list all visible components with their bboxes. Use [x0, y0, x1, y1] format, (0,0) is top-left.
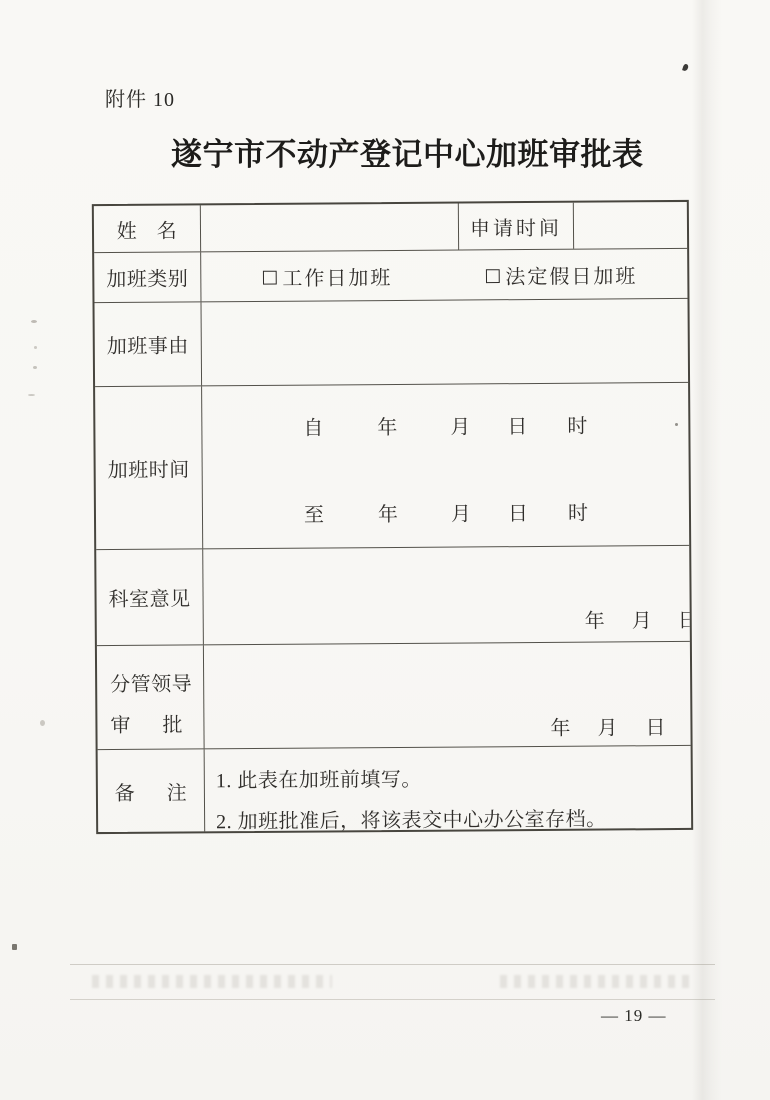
time-from-prefix: 自	[303, 411, 327, 440]
apply-time-label: 申请时间	[458, 203, 573, 250]
scan-speck	[31, 320, 37, 323]
table-row-name: 姓 名 申请时间	[94, 202, 687, 252]
category-options-cell: □ 工作日加班 □ 法定假日加班	[200, 249, 687, 301]
remarks-note-2: 2. 加班批准后，将该表交中心办公室存档。	[216, 803, 607, 832]
time-to-day: 日	[508, 497, 532, 526]
reason-label: 加班事由	[94, 302, 201, 386]
ink-speck	[682, 63, 689, 71]
scan-speck	[40, 720, 45, 726]
scan-speck	[33, 366, 37, 369]
table-row-time: 加班时间 自 年 月 日 时 至 年 月 日 时	[95, 382, 689, 549]
bleed-through-band	[70, 964, 715, 1000]
time-to-hour: 时	[568, 497, 592, 526]
table-row-remarks: 备 注 1. 此表在加班前填写。 2. 加班批准后，将该表交中心办公室存档。	[98, 745, 692, 832]
document-title: 遂宁市不动产登记中心加班审批表	[171, 129, 644, 174]
time-from-month: 月	[450, 410, 474, 439]
leader-date-month: 月	[597, 711, 621, 740]
checkbox-icon: □	[261, 266, 280, 287]
dept-date-month: 月	[632, 604, 656, 633]
time-from-year: 年	[377, 411, 401, 440]
remarks-value-cell: 1. 此表在加班前填写。 2. 加班批准后，将该表交中心办公室存档。	[204, 746, 692, 831]
dept-date-year: 年	[585, 604, 609, 633]
apply-time-value-cell	[573, 202, 687, 249]
remarks-label: 备 注	[98, 749, 205, 832]
table-row-category: 加班类别 □ 工作日加班 □ 法定假日加班	[94, 248, 687, 302]
name-value-cell	[200, 204, 458, 252]
time-label: 加班时间	[95, 386, 202, 549]
scan-speck	[12, 944, 17, 950]
checkbox-icon: □	[484, 264, 503, 285]
leader-date-day: 日	[645, 711, 669, 740]
scan-shadow-strip	[692, 0, 722, 1100]
table-row-leader-approval: 分管领导 审 批 年 月 日	[97, 641, 691, 749]
leader-date-year: 年	[550, 712, 574, 741]
remarks-note-1: 1. 此表在加班前填写。	[216, 763, 422, 793]
overtime-approval-form-table: 姓 名 申请时间 加班类别 □ 工作日加班 □ 法定假日加班 加班事由	[92, 200, 693, 834]
attachment-label: 附件 10	[105, 83, 175, 112]
scan-speck	[34, 346, 37, 349]
reason-value-cell	[200, 299, 688, 385]
dept-opinion-label: 科室意见	[96, 549, 203, 645]
leader-label-line2: 审 批	[110, 708, 183, 738]
time-to-month: 月	[451, 497, 475, 526]
time-to-year: 年	[378, 498, 402, 527]
dept-date-day: 日	[678, 604, 690, 633]
leader-label-line1: 分管领导	[110, 667, 192, 697]
scan-speck	[28, 394, 35, 396]
name-label: 姓 名	[94, 205, 200, 252]
time-from-day: 日	[507, 410, 531, 439]
time-value-cell: 自 年 月 日 时 至 年 月 日 时	[201, 383, 689, 548]
category-label: 加班类别	[94, 252, 200, 302]
dept-opinion-value-cell: 年 月 日	[202, 546, 690, 644]
table-row-dept-opinion: 科室意见 年 月 日	[96, 545, 690, 645]
bleed-through-smudge	[92, 975, 332, 988]
bleed-through-smudge	[500, 975, 695, 988]
leader-approval-value-cell: 年 月 日	[203, 642, 691, 748]
time-from-hour: 时	[567, 410, 591, 439]
scanned-document-page: 附件 10 遂宁市不动产登记中心加班审批表 姓 名 申请时间 加班类别 □ 工作…	[0, 0, 770, 1100]
option-holiday-label: 法定假日加班	[505, 259, 637, 289]
option-legal-holiday-overtime: □ 法定假日加班	[484, 259, 637, 289]
time-to-prefix: 至	[304, 498, 328, 527]
option-workday-overtime: □ 工作日加班	[261, 261, 392, 291]
option-workday-label: 工作日加班	[282, 261, 392, 291]
leader-approval-label: 分管领导 审 批	[97, 645, 204, 749]
page-number: — 19 —	[601, 1006, 667, 1026]
table-row-reason: 加班事由	[94, 298, 688, 386]
